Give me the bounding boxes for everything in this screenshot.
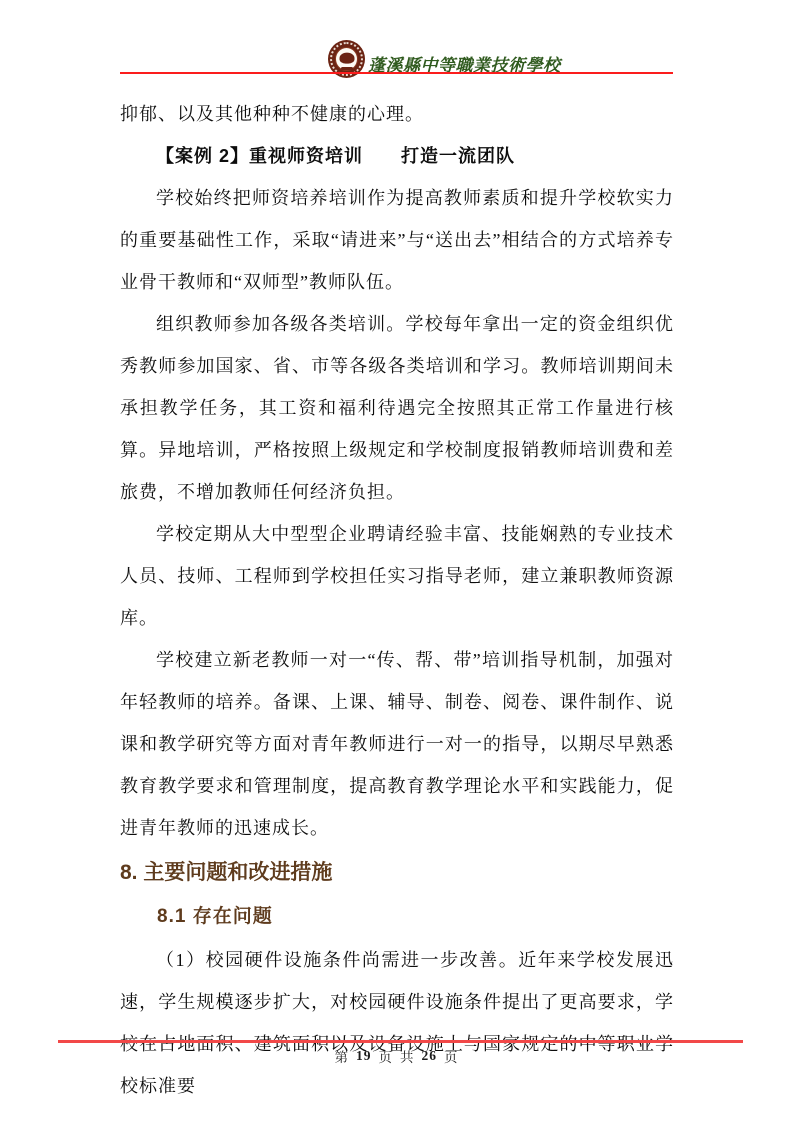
seal-emblem xyxy=(339,53,354,64)
document-page: 蓬溪縣中等職業技術學校 抑郁、以及其他种种不健康的心理。 【案例 2】重视师资培… xyxy=(0,0,793,1122)
seal-base xyxy=(341,67,353,70)
paragraph-continuation: 抑郁、以及其他种种不健康的心理。 xyxy=(120,93,674,135)
paragraph: 学校建立新老教师一对一“传、帮、带”培训指导机制，加强对年轻教师的培养。备课、上… xyxy=(120,639,674,849)
paragraph: （1）校园硬件设施条件尚需进一步改善。近年来学校发展迅速，学生规模逐步扩大，对校… xyxy=(120,939,674,1107)
document-body: 抑郁、以及其他种种不健康的心理。 【案例 2】重视师资培训 打造一流团队 学校始… xyxy=(120,93,674,1107)
paragraph: 组织教师参加各级各类培训。学校每年拿出一定的资金组织优秀教师参加国家、省、市等各… xyxy=(120,303,674,513)
header-divider xyxy=(120,72,673,74)
paragraph: 学校始终把师资培养培训作为提高教师素质和提升学校软实力的重要基础性工作，采取“请… xyxy=(120,177,674,303)
section-heading: 8. 主要问题和改进措施 xyxy=(120,851,674,895)
current-page-number: 19 xyxy=(356,1048,372,1064)
paragraph: 学校定期从大中型型企业聘请经验丰富、技能娴熟的专业技术人员、技师、工程师到学校担… xyxy=(120,513,674,639)
page-footer: 第 19 页 共 26 页 xyxy=(0,1046,793,1066)
footer-label-ye2: 页 xyxy=(444,1046,459,1066)
footer-label-ye: 页 xyxy=(379,1046,394,1066)
footer-divider xyxy=(58,1040,743,1043)
footer-label-di: 第 xyxy=(335,1046,350,1066)
total-pages-number: 26 xyxy=(422,1048,438,1064)
case-heading: 【案例 2】重视师资培训 打造一流团队 xyxy=(120,135,674,177)
subsection-heading: 8.1 存在问题 xyxy=(120,895,674,939)
footer-label-gong: 共 xyxy=(400,1046,415,1066)
